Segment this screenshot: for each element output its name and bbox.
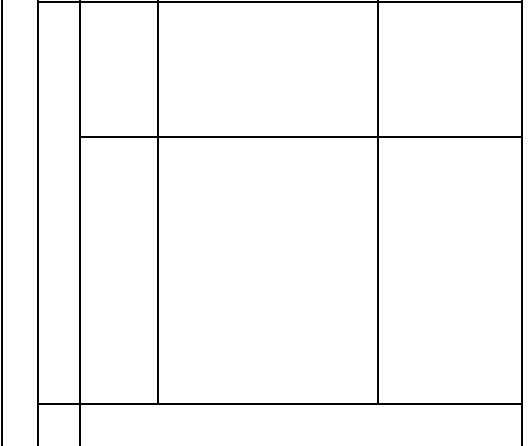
table-border xyxy=(37,1,523,3)
table-border xyxy=(79,0,81,446)
table-border xyxy=(37,0,39,446)
table-border xyxy=(1,0,3,446)
table-border xyxy=(37,403,523,405)
table-border xyxy=(79,136,523,138)
table-border xyxy=(521,0,523,446)
table-border xyxy=(157,0,159,404)
table-border xyxy=(377,0,379,404)
